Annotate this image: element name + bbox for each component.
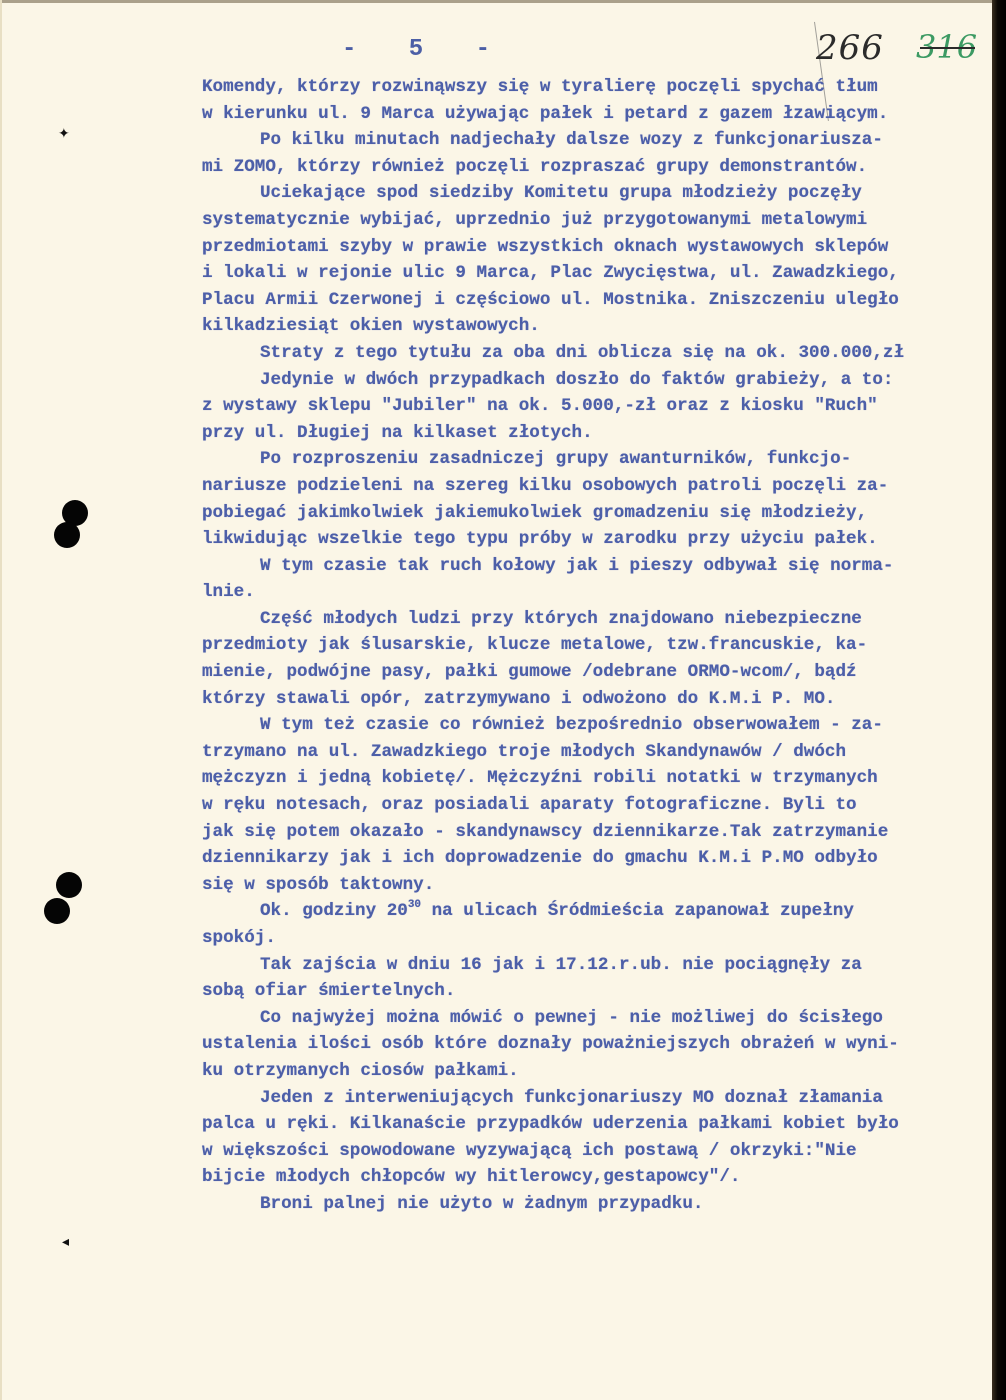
text-line: Część młodych ludzi przy których znajdow… bbox=[202, 606, 992, 633]
text-line: przedmioty jak ślusarskie, klucze metalo… bbox=[202, 632, 992, 659]
typewritten-body: Komendy, którzy rozwinąwszy się w tyrali… bbox=[202, 74, 992, 1218]
text-line-content: bijcie młodych chłopców wy hitlerowcy,ge… bbox=[202, 1167, 740, 1187]
text-line-content: Ok. godziny 20 bbox=[260, 901, 408, 921]
text-line: Ok. godziny 2030 na ulicach Śródmieścia … bbox=[202, 898, 992, 925]
text-line: nariusze podzieleni na szereg kilku osob… bbox=[202, 473, 992, 500]
scan-top-edge bbox=[2, 0, 1006, 3]
text-line-content: w ręku notesach, oraz posiadali aparaty … bbox=[202, 795, 857, 815]
text-line-content: lnie. bbox=[202, 582, 255, 602]
text-line-content: przy ul. Długiej na kilkaset złotych. bbox=[202, 423, 593, 443]
text-line-content: spokój. bbox=[202, 928, 276, 948]
text-line-content: z wystawy sklepu "Jubiler" na ok. 5.000,… bbox=[202, 396, 878, 416]
text-line-content: Część młodych ludzi przy których znajdow… bbox=[260, 609, 862, 629]
text-line-content: dziennikarzy jak i ich doprowadzenie do … bbox=[202, 848, 878, 868]
ink-mark-icon: ◂ bbox=[62, 1234, 69, 1250]
text-line-content: W tym też czasie co również bezpośrednio… bbox=[260, 715, 883, 735]
text-line: Komendy, którzy rozwinąwszy się w tyrali… bbox=[202, 74, 992, 101]
text-line: dziennikarzy jak i ich doprowadzenie do … bbox=[202, 845, 992, 872]
document-page: - 5 - 266 316 ✦ ◂ Komendy, którzy rozwin… bbox=[0, 0, 994, 1400]
text-line: się w sposób taktowny. bbox=[202, 872, 992, 899]
text-line-content: się w sposób taktowny. bbox=[202, 875, 434, 895]
text-line-content: mienie, podwójne pasy, pałki gumowe /ode… bbox=[202, 662, 857, 682]
text-line-content: Placu Armii Czerwonej i częściowo ul. Mo… bbox=[202, 290, 899, 310]
text-line-content: w większości spowodowane wyzywającą ich … bbox=[202, 1141, 857, 1161]
text-line: Uciekające spod siedziby Komitetu grupa … bbox=[202, 180, 992, 207]
text-line-content: W tym czasie tak ruch kołowy jak i piesz… bbox=[260, 556, 893, 576]
text-line-content: palca u ręki. Kilkanaście przypadków ude… bbox=[202, 1114, 899, 1134]
text-line: Broni palnej nie użyto w żadnym przypadk… bbox=[202, 1191, 992, 1218]
text-line: systematycznie wybijać, uprzednio już pr… bbox=[202, 207, 992, 234]
text-line-content: mężczyzn i jedną kobietę/. Mężczyźni rob… bbox=[202, 768, 878, 788]
text-line: kilkadziesiąt okien wystawowych. bbox=[202, 313, 992, 340]
text-line: Jedynie w dwóch przypadkach doszło do fa… bbox=[202, 367, 992, 394]
text-line-content: pobiegać jakimkolwiek jakiemukolwiek gro… bbox=[202, 503, 867, 523]
text-line: trzymano na ul. Zawadzkiego troje młodyc… bbox=[202, 739, 992, 766]
text-line-content: jak się potem okazało - skandynawscy dzi… bbox=[202, 822, 888, 842]
text-line: Jeden z interweniujących funkcjonariuszy… bbox=[202, 1085, 992, 1112]
text-line: jak się potem okazało - skandynawscy dzi… bbox=[202, 819, 992, 846]
text-line: i lokali w rejonie ulic 9 Marca, Plac Zw… bbox=[202, 260, 992, 287]
punch-hole-icon bbox=[56, 872, 82, 898]
text-line: mienie, podwójne pasy, pałki gumowe /ode… bbox=[202, 659, 992, 686]
text-line-content: Jedynie w dwóch przypadkach doszło do fa… bbox=[260, 370, 893, 390]
text-line: lnie. bbox=[202, 579, 992, 606]
text-line: w ręku notesach, oraz posiadali aparaty … bbox=[202, 792, 992, 819]
text-line: Po rozproszeniu zasadniczej grupy awantu… bbox=[202, 446, 992, 473]
text-line: z wystawy sklepu "Jubiler" na ok. 5.000,… bbox=[202, 393, 992, 420]
page-number: - 5 - bbox=[342, 36, 500, 63]
punch-hole-icon bbox=[44, 898, 70, 924]
punch-hole-icon bbox=[54, 522, 80, 548]
text-line-content: Jeden z interweniujących funkcjonariuszy… bbox=[260, 1088, 883, 1108]
text-line: w kierunku ul. 9 Marca używając pałek i … bbox=[202, 101, 992, 128]
text-line: ku otrzymanych ciosów pałkami. bbox=[202, 1058, 992, 1085]
text-line-content: Co najwyżej można mówić o pewnej - nie m… bbox=[260, 1008, 883, 1028]
text-line: pobiegać jakimkolwiek jakiemukolwiek gro… bbox=[202, 500, 992, 527]
text-line-content: nariusze podzieleni na szereg kilku osob… bbox=[202, 476, 888, 496]
text-line-content: i lokali w rejonie ulic 9 Marca, Plac Zw… bbox=[202, 263, 899, 283]
text-line-content: przedmioty jak ślusarskie, klucze metalo… bbox=[202, 635, 867, 655]
text-line-content: Po rozproszeniu zasadniczej grupy awantu… bbox=[260, 449, 851, 469]
text-line-content: Broni palnej nie użyto w żadnym przypadk… bbox=[260, 1194, 703, 1214]
text-line-content: systematycznie wybijać, uprzednio już pr… bbox=[202, 210, 867, 230]
text-line: Tak zajścia w dniu 16 jak i 17.12.r.ub. … bbox=[202, 952, 992, 979]
text-line: Co najwyżej można mówić o pewnej - nie m… bbox=[202, 1005, 992, 1032]
text-line-content: Po kilku minutach nadjechały dalsze wozy… bbox=[260, 130, 883, 150]
text-line-content: którzy stawali opór, zatrzymywano i odwo… bbox=[202, 689, 835, 709]
text-line-content: Komendy, którzy rozwinąwszy się w tyrali… bbox=[202, 77, 878, 97]
text-line: W tym też czasie co również bezpośrednio… bbox=[202, 712, 992, 739]
text-line: spokój. bbox=[202, 925, 992, 952]
text-line-content: kilkadziesiąt okien wystawowych. bbox=[202, 316, 540, 336]
superscript-minutes: 30 bbox=[408, 899, 421, 911]
text-line: sobą ofiar śmiertelnych. bbox=[202, 978, 992, 1005]
text-line-content: mi ZOMO, którzy również poczęli rozprasz… bbox=[202, 157, 867, 177]
text-line: palca u ręki. Kilkanaście przypadków ude… bbox=[202, 1111, 992, 1138]
text-line: Straty z tego tytułu za oba dni oblicza … bbox=[202, 340, 992, 367]
text-line: ustalenia ilości osób które doznały powa… bbox=[202, 1031, 992, 1058]
text-line-content: przedmiotami szyby w prawie wszystkich o… bbox=[202, 237, 888, 257]
text-line-content: Straty z tego tytułu za oba dni oblicza … bbox=[260, 343, 904, 363]
text-line: którzy stawali opór, zatrzymywano i odwo… bbox=[202, 686, 992, 713]
text-line: Po kilku minutach nadjechały dalsze wozy… bbox=[202, 127, 992, 154]
text-line: likwidując wszelkie tego typu próby w za… bbox=[202, 526, 992, 553]
text-line-content: na ulicach Śródmieścia zapanował zupełny bbox=[421, 901, 854, 921]
text-line-content: trzymano na ul. Zawadzkiego troje młodyc… bbox=[202, 742, 846, 762]
text-line-content: sobą ofiar śmiertelnych. bbox=[202, 981, 455, 1001]
text-line: Placu Armii Czerwonej i częściowo ul. Mo… bbox=[202, 287, 992, 314]
text-line: przy ul. Długiej na kilkaset złotych. bbox=[202, 420, 992, 447]
text-line-content: likwidując wszelkie tego typu próby w za… bbox=[202, 529, 878, 549]
archive-folio-number: 266 bbox=[816, 28, 884, 68]
text-line: bijcie młodych chłopców wy hitlerowcy,ge… bbox=[202, 1164, 992, 1191]
text-line-content: Uciekające spod siedziby Komitetu grupa … bbox=[260, 183, 862, 203]
text-line-content: ustalenia ilości osób które doznały powa… bbox=[202, 1034, 899, 1054]
text-line: przedmiotami szyby w prawie wszystkich o… bbox=[202, 234, 992, 261]
text-line-content: Tak zajścia w dniu 16 jak i 17.12.r.ub. … bbox=[260, 955, 862, 975]
text-line: w większości spowodowane wyzywającą ich … bbox=[202, 1138, 992, 1165]
text-line-content: w kierunku ul. 9 Marca używając pałek i … bbox=[202, 104, 888, 124]
text-line: mi ZOMO, którzy również poczęli rozprasz… bbox=[202, 154, 992, 181]
scan-right-edge bbox=[992, 0, 1006, 1400]
archive-folio-number-crossed: 316 bbox=[916, 28, 977, 66]
text-line: W tym czasie tak ruch kołowy jak i piesz… bbox=[202, 553, 992, 580]
text-line-content: ku otrzymanych ciosów pałkami. bbox=[202, 1061, 519, 1081]
text-line: mężczyzn i jedną kobietę/. Mężczyźni rob… bbox=[202, 765, 992, 792]
ink-mark-icon: ✦ bbox=[58, 126, 70, 142]
